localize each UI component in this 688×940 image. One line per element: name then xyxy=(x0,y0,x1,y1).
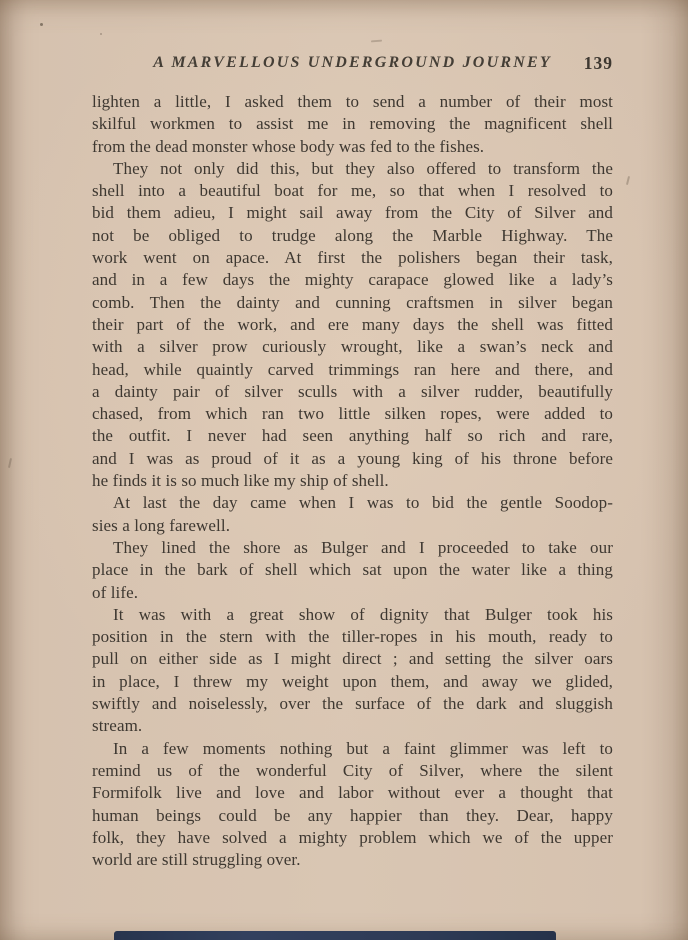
text-line: bid them adieu, I might sail away from t… xyxy=(92,202,613,224)
text-line: In a few moments nothing but a faint gli… xyxy=(92,738,613,760)
paper-speck xyxy=(100,33,102,35)
text-line: the outfit. I never had seen anything ha… xyxy=(92,425,613,447)
paper-speck xyxy=(237,479,239,481)
chapter-running-title: A MARVELLOUS UNDERGROUND JOURNEY xyxy=(92,54,613,72)
paragraph: lighten a little, I asked them to send a… xyxy=(92,91,613,158)
paragraph: At last the day came when I was to bid t… xyxy=(92,492,613,537)
text-line: skilful workmen to assist me in removing… xyxy=(92,113,613,135)
text-line: Formifolk live and love and labor withou… xyxy=(92,782,613,804)
text-line: world are still struggling over. xyxy=(92,849,613,871)
text-line: lighten a little, I asked them to send a… xyxy=(92,91,613,113)
text-line: not be obliged to trudge along the Marbl… xyxy=(92,225,613,247)
running-header: A MARVELLOUS UNDERGROUND JOURNEY 139 xyxy=(92,54,613,78)
text-line: a dainty pair of silver sculls with a si… xyxy=(92,381,613,403)
paper-mark xyxy=(626,176,630,185)
text-line: At last the day came when I was to bid t… xyxy=(92,492,613,514)
text-line: folk, they have solved a mighty problem … xyxy=(92,827,613,849)
text-line: with a silver prow curiously wrought, li… xyxy=(92,336,613,358)
text-line: They lined the shore as Bulger and I pro… xyxy=(92,537,613,559)
text-line: human beings could be any happier than t… xyxy=(92,805,613,827)
text-line: swiftly and noiselessly, over the surfac… xyxy=(92,693,613,715)
book-cover-edge xyxy=(114,931,556,940)
text-line: of life. xyxy=(92,582,613,604)
text-line: their part of the work, and ere many day… xyxy=(92,314,613,336)
text-line: and I was as proud of it as a young king… xyxy=(92,448,613,470)
text-line: from the dead monster whose body was fed… xyxy=(92,136,613,158)
text-line: he finds it is so much like my ship of s… xyxy=(92,470,613,492)
text-line: comb. Then the dainty and cunning crafts… xyxy=(92,292,613,314)
book-page-scan: A MARVELLOUS UNDERGROUND JOURNEY 139 lig… xyxy=(0,0,688,940)
text-line: head, while quaintly carved trimmings ra… xyxy=(92,359,613,381)
text-line: sies a long farewell. xyxy=(92,515,613,537)
page-body: lighten a little, I asked them to send a… xyxy=(92,91,613,871)
text-line: and in a few days the mighty carapace gl… xyxy=(92,269,613,291)
page-number: 139 xyxy=(584,53,613,74)
text-line: pull on either side as I might direct ; … xyxy=(92,648,613,670)
paragraph: It was with a great show of dignity that… xyxy=(92,604,613,738)
paragraph: They lined the shore as Bulger and I pro… xyxy=(92,537,613,604)
text-line: place in the bark of shell which sat upo… xyxy=(92,559,613,581)
paper-mark xyxy=(371,40,382,43)
text-line: chased, from which ran two little silken… xyxy=(92,403,613,425)
paper-speck xyxy=(40,23,43,26)
text-line: It was with a great show of dignity that… xyxy=(92,604,613,626)
text-line: in place, I threw my weight upon them, a… xyxy=(92,671,613,693)
text-line: They not only did this, but they also of… xyxy=(92,158,613,180)
text-line: stream. xyxy=(92,715,613,737)
paragraph: In a few moments nothing but a faint gli… xyxy=(92,738,613,872)
text-line: work went on apace. At first the polishe… xyxy=(92,247,613,269)
text-line: remind us of the wonderful City of Silve… xyxy=(92,760,613,782)
paper-mark xyxy=(8,458,12,468)
text-line: shell into a beautiful boat for me, so t… xyxy=(92,180,613,202)
paragraph: They not only did this, but they also of… xyxy=(92,158,613,492)
text-line: position in the stern with the tiller-ro… xyxy=(92,626,613,648)
